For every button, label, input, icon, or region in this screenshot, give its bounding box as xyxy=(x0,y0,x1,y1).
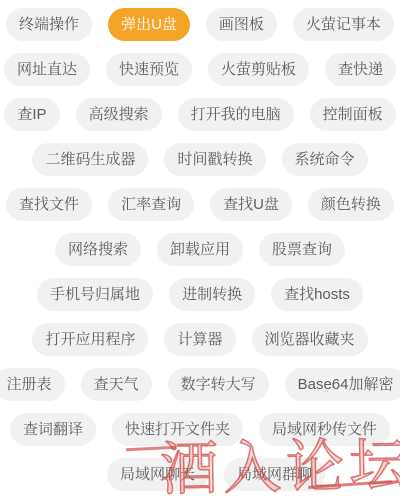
tag-button[interactable]: 画图板 xyxy=(206,8,277,41)
tag-button[interactable]: 查词翻译 xyxy=(10,413,96,446)
tag-button[interactable]: 时间戳转换 xyxy=(164,143,265,176)
tag-button[interactable]: 局域网群聊 xyxy=(224,458,325,491)
tag-row: 查IP高级搜索打开我的电脑控制面板 xyxy=(0,98,400,131)
tag-button[interactable]: 查快递 xyxy=(325,53,396,86)
tag-button[interactable]: 查找文件 xyxy=(6,188,92,221)
tag-button[interactable]: 注册表 xyxy=(0,368,65,401)
tag-row: 网络搜索卸载应用股票查询 xyxy=(0,233,400,266)
tag-row: 注册表查天气数字转大写Base64加解密 xyxy=(0,368,400,401)
tag-button[interactable]: 火萤记事本 xyxy=(293,8,394,41)
tag-row: 手机号归属地进制转换查找hosts xyxy=(0,278,400,311)
tag-button-highlighted[interactable]: 弹出U盘 xyxy=(108,8,190,41)
tag-row: 查找文件汇率查询查找U盘颜色转换 xyxy=(0,188,400,221)
tool-tag-cloud: 终端操作弹出U盘画图板火萤记事本网址直达快速预览火萤剪贴板查快递查IP高级搜索打… xyxy=(0,0,400,501)
tag-button[interactable]: 股票查询 xyxy=(259,233,345,266)
tag-rows: 终端操作弹出U盘画图板火萤记事本网址直达快速预览火萤剪贴板查快递查IP高级搜索打… xyxy=(0,0,400,491)
tag-button[interactable]: 网址直达 xyxy=(4,53,90,86)
tag-button[interactable]: 网络搜索 xyxy=(55,233,141,266)
tag-button[interactable]: 进制转换 xyxy=(169,278,255,311)
tag-row: 终端操作弹出U盘画图板火萤记事本 xyxy=(0,8,400,41)
tag-button[interactable]: 卸载应用 xyxy=(157,233,243,266)
tag-button[interactable]: 火萤剪贴板 xyxy=(208,53,309,86)
tag-button[interactable]: 打开应用程序 xyxy=(32,323,148,356)
tag-button[interactable]: 手机号归属地 xyxy=(37,278,153,311)
tag-button[interactable]: 汇率查询 xyxy=(108,188,194,221)
tag-row: 查词翻译快速打开文件夹局域网秒传文件 xyxy=(0,413,400,446)
tag-row: 二维码生成器时间戳转换系统命令 xyxy=(0,143,400,176)
tag-button[interactable]: 系统命令 xyxy=(282,143,368,176)
tag-button[interactable]: 局域网秒传文件 xyxy=(259,413,390,446)
tag-button[interactable]: 颜色转换 xyxy=(308,188,394,221)
tag-button[interactable]: 计算器 xyxy=(164,323,235,356)
tag-row: 局域网聊天局域网群聊 xyxy=(16,458,400,491)
tag-button[interactable]: 浏览器收藏夹 xyxy=(252,323,368,356)
tag-button[interactable]: 局域网聊天 xyxy=(107,458,208,491)
tag-button[interactable]: 二维码生成器 xyxy=(32,143,148,176)
tag-button[interactable]: 高级搜索 xyxy=(76,98,162,131)
tag-button[interactable]: 查找U盘 xyxy=(210,188,292,221)
tag-row: 网址直达快速预览火萤剪贴板查快递 xyxy=(0,53,400,86)
tag-button[interactable]: 快速打开文件夹 xyxy=(112,413,243,446)
tag-button[interactable]: 数字转大写 xyxy=(168,368,269,401)
tag-button[interactable]: Base64加解密 xyxy=(285,368,400,401)
tag-button[interactable]: 打开我的电脑 xyxy=(178,98,294,131)
tag-button[interactable]: 查找hosts xyxy=(271,278,363,311)
tag-button[interactable]: 终端操作 xyxy=(6,8,92,41)
tag-row: 打开应用程序计算器浏览器收藏夹 xyxy=(0,323,400,356)
tag-button[interactable]: 快速预览 xyxy=(106,53,192,86)
tag-button[interactable]: 查天气 xyxy=(81,368,152,401)
tag-button[interactable]: 控制面板 xyxy=(310,98,396,131)
tag-button[interactable]: 查IP xyxy=(4,98,59,131)
